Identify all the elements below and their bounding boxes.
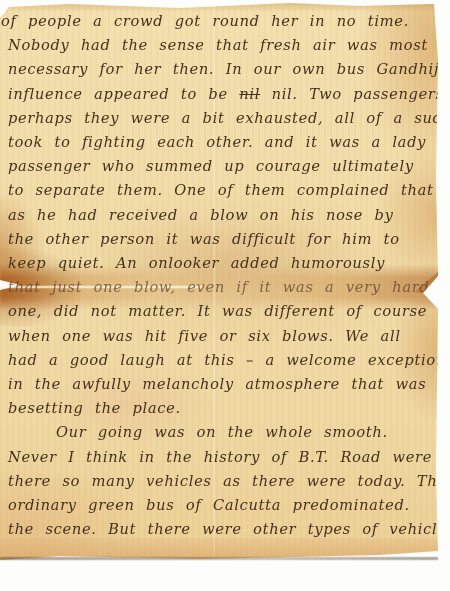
letter-line: the scene. But there were other types of… [8,518,432,542]
letter-line: the other person it was difficult for hi… [8,228,432,252]
paper-sheet: of people a crowd got round her in no ti… [0,0,440,562]
line-segment: nil. Two passengers, [260,86,449,103]
paper-bottom-shadow [0,557,438,560]
letter-line: necessary for her then. In our own bus G… [8,58,432,82]
letter-line: had a good laugh at this – a welcome exc… [8,349,432,373]
strikethrough-word: nil [239,86,260,103]
line-segment: influence appeared to be [8,86,239,103]
letter-line: Nobody had the sense that fresh air was … [8,34,432,58]
letter-line: to separate them. One of them complained… [8,179,432,203]
letter-line: in the awfully melancholy atmosphere tha… [8,373,432,397]
letter-line: as he had received a blow on his nose by [8,204,432,228]
letter-line-faded: that just one blow, even if it was a ver… [8,276,432,300]
scanned-letter-page: of people a crowd got round her in no ti… [0,0,450,591]
letter-line: one, did not matter. It was different of… [8,300,432,324]
letter-line: there so many vehicles as there were tod… [8,470,432,494]
letter-line: Never I think in the history of B.T. Roa… [8,446,432,470]
letter-line: perhaps they were a bit exhausted, all o… [8,107,432,131]
letter-line: took to fighting each other. and it was … [8,131,432,155]
letter-line: ordinary green bus of Calcutta predomina… [8,494,432,518]
letter-line: influence appeared to be nil nil. Two pa… [8,83,432,107]
letter-text: of people a crowd got round her in no ti… [8,10,432,542]
letter-line: of people a crowd got round her in no ti… [1,10,432,34]
letter-line: when one was hit five or six blows. We a… [8,325,432,349]
letter-line-paragraph-start: Our going was on the whole smooth. [8,421,432,445]
letter-line: besetting the place. [8,397,432,421]
letter-line: passenger who summed up courage ultimate… [8,155,432,179]
letter-line: keep quiet. An onlooker added humorously [8,252,432,276]
